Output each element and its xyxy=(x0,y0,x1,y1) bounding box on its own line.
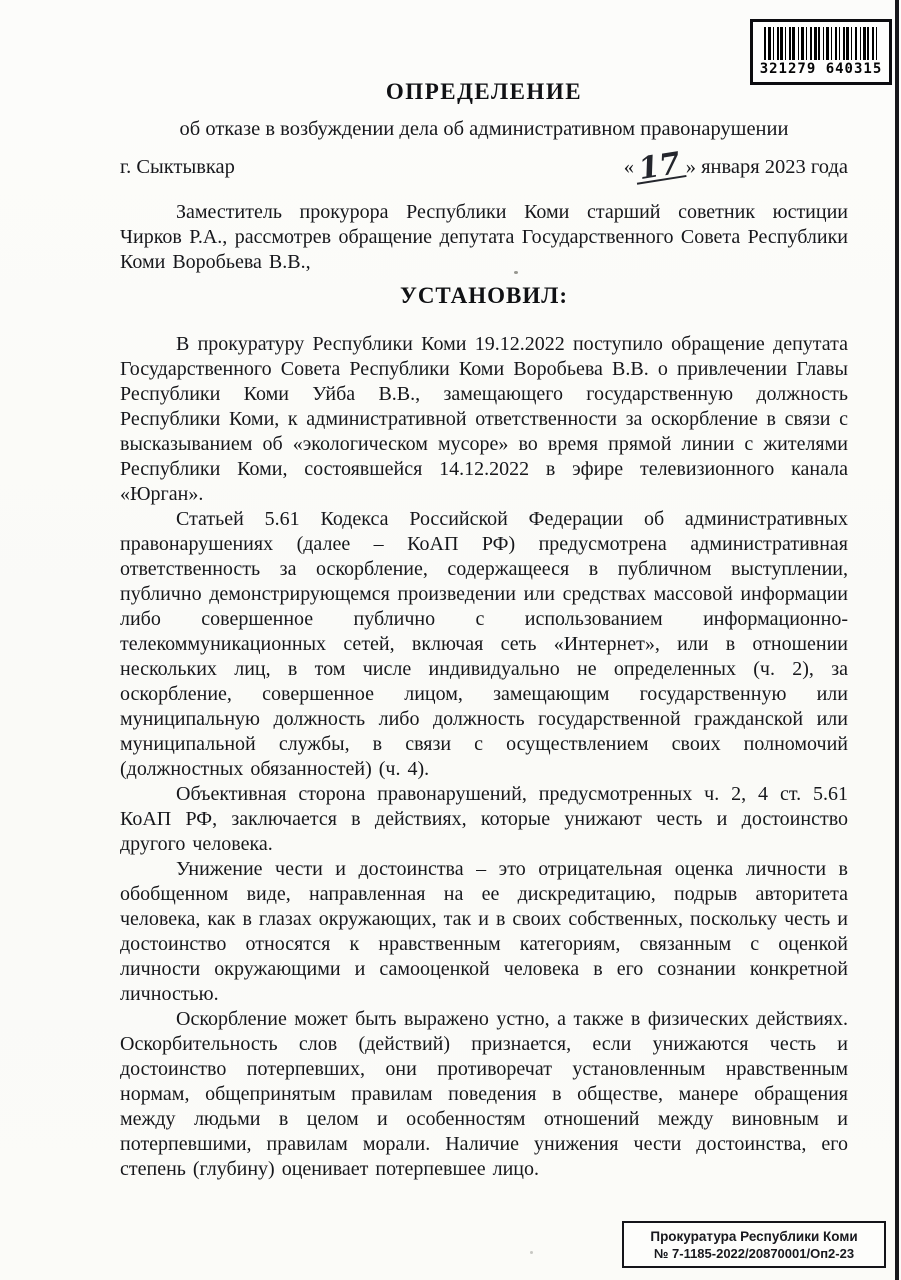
dateline: г. Сыктывкар «17» января 2023 года xyxy=(120,152,848,182)
scan-speck xyxy=(530,1251,533,1254)
document-body: ОПРЕДЕЛЕНИЕ об отказе в возбуждении дела… xyxy=(120,0,848,1182)
paragraph-5: Оскорбление может быть выражено устно, а… xyxy=(120,1007,848,1182)
intro-paragraph: Заместитель прокурора Республики Коми ст… xyxy=(120,200,848,275)
paragraph-1: В прокуратуру Республики Коми 19.12.2022… xyxy=(120,332,848,507)
paragraph-3: Объективная сторона правонарушений, пред… xyxy=(120,782,848,857)
registration-stamp: Прокуратура Республики Коми № 7-1185-202… xyxy=(622,1221,886,1268)
paragraph-2: Статьей 5.61 Кодекса Российской Федераци… xyxy=(120,507,848,782)
stamp-organization: Прокуратура Республики Коми xyxy=(624,1229,884,1245)
date-line: «17» января 2023 года xyxy=(624,152,848,182)
handwritten-day: 17 xyxy=(633,153,686,184)
scan-edge-line xyxy=(895,0,899,1280)
scan-speck xyxy=(514,271,518,274)
scanned-document-page: 321279 640315 ОПРЕДЕЛЕНИЕ об отказе в во… xyxy=(0,0,901,1280)
document-subtitle: об отказе в возбуждении дела об админист… xyxy=(120,118,848,140)
date-rest: января 2023 года xyxy=(701,156,848,178)
place-label: г. Сыктывкар xyxy=(120,152,235,182)
close-quote: » xyxy=(686,156,696,178)
paragraph-4: Унижение чести и достоинства – это отриц… xyxy=(120,857,848,1007)
open-quote: « xyxy=(624,156,634,178)
document-title: ОПРЕДЕЛЕНИЕ xyxy=(120,80,848,104)
stamp-case-number: № 7-1185-2022/20870001/Оп2-23 xyxy=(624,1246,884,1261)
resolution-heading: УСТАНОВИЛ: xyxy=(120,283,848,309)
